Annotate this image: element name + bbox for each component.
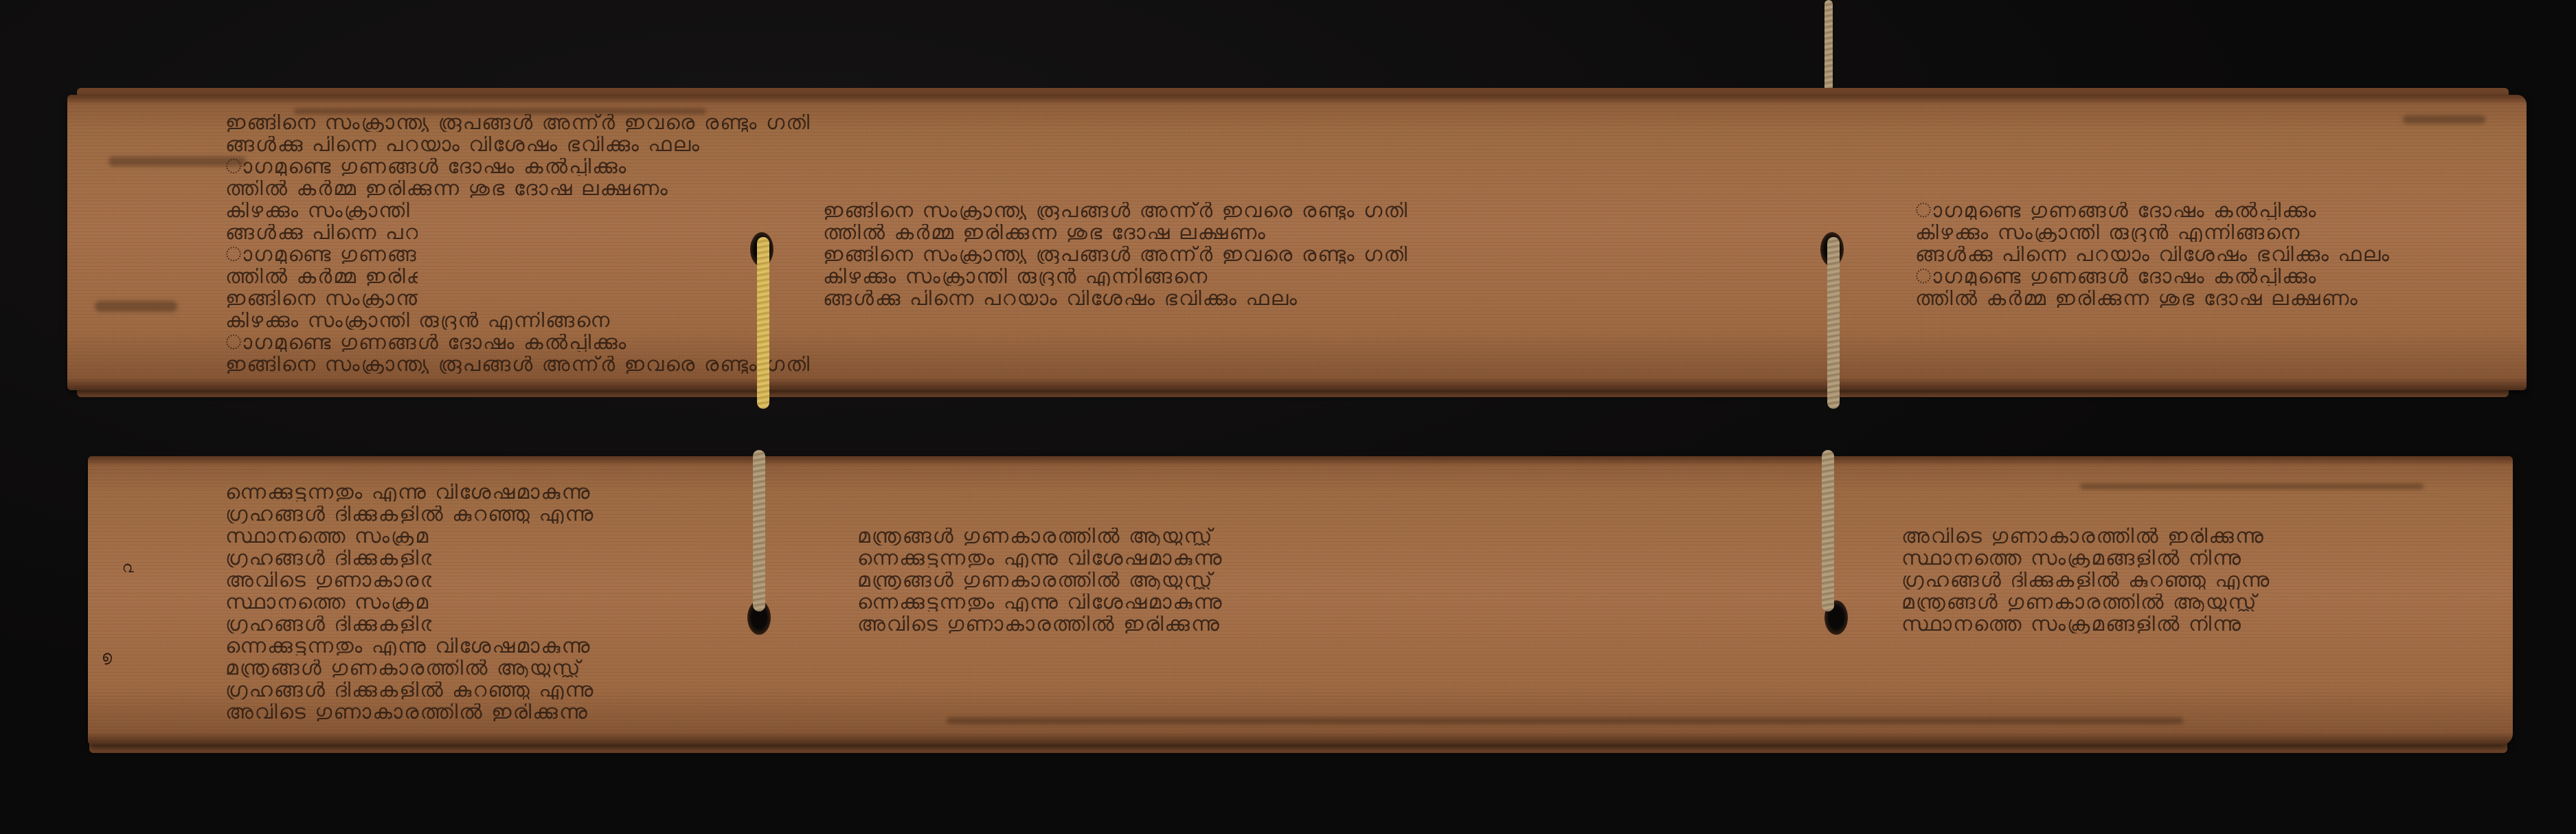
script-line: കിഴക്കും സംക്രാന്തി രുദ്രൻ എന്നിങ്ങനെ [1915, 224, 2410, 242]
script-line: ഇങ്ങിനെ സംക്രാന്ത്യ രൂപങ്ങൾ അന്ന്ർ ഇവരെ … [225, 356, 2410, 374]
cord-lower-right [1822, 450, 1834, 611]
script-line: ഇങ്ങിനെ സംക്രാന്ത്യ രൂപങ്ങൾ അന്ന്ർ ഇവരെ … [823, 246, 1785, 264]
script-line: മന്ത്രങ്ങൾ ഗുണകാരത്തിൽ ആയുസ്സ് [225, 660, 2403, 677]
script-line: ഗ്രഹങ്ങൾ ദിക്കുകളിൽ കുറഞ്ഞു എന്നു [225, 681, 2403, 699]
script-line: ഗ്രഹങ്ങൾ ദിക്കുകളിൽ കുറഞ്ഞു എന്നു [225, 506, 2403, 523]
script-line: സ്ഥാനത്തെ സംക്രമങ്ങളിൽ നിന്നു [225, 594, 431, 611]
script-line: ങ്ങൾക്കു പിന്നെ പറയാം വിശേഷം ഭവിക്കും ഫല… [823, 290, 1785, 308]
folio-mark: ൨ [122, 559, 134, 576]
script-line: ങ്ങൾക്കു പിന്നെ പറയാം വിശേഷം ഭവിക്കും ഫല… [225, 136, 2410, 154]
hanging-cord [1824, 0, 1833, 96]
script-line: ഗ്രഹങ്ങൾ ദിക്കുകളിൽ കുറഞ്ഞു എന്നു [1901, 572, 2403, 589]
script-line: ന്നെക്കുട്ടുന്നതും എന്നു വിശേഷമാകുന്നു [857, 594, 1819, 611]
script-line: ത്തിൽ കർമ്മ ഇരിക്കുന്ന ശുഭ ദോഷ ലക്ഷണം [225, 180, 2410, 198]
script-line: കിഴക്കും സംക്രാന്തി രുദ്രൻ എന്നിങ്ങനെ [225, 312, 2410, 330]
stain [95, 301, 177, 312]
script-line: സ്ഥാനത്തെ സംക്രമങ്ങളിൽ നിന്നു [225, 528, 431, 545]
script-line: ങ്ങൾക്കു പിന്നെ പറയാം വിശേഷം ഭവിക്കും ഫല… [225, 224, 418, 242]
script-line: മന്ത്രങ്ങൾ ഗുണകാരത്തിൽ ആയുസ്സ് [1901, 594, 2403, 611]
stain [294, 109, 706, 114]
script-line: അവിടെ ഗുണാകാരത്തിൽ ഇരിക്കുന്നു [225, 572, 431, 589]
upper-leaf: ഇങ്ങിനെ സംക്രാന്ത്യ രൂപങ്ങൾ അന്ന്ർ ഇവരെ … [67, 95, 2527, 390]
script-line: ത്തിൽ കർമ്മ ഇരിക്കുന്ന ശുഭ ദോഷ ലക്ഷണം [225, 268, 418, 286]
cord-upper-left [757, 237, 769, 409]
script-line: മന്ത്രങ്ങൾ ഗുണകാരത്തിൽ ആയുസ്സ് [857, 572, 1819, 589]
script-line: അവിടെ ഗുണാകാരത്തിൽ ഇരിക്കുന്നു [857, 616, 1819, 633]
folio-mark: ൭ [102, 649, 112, 666]
script-line: ഗ്രഹങ്ങൾ ദിക്കുകളിൽ കുറഞ്ഞു എന്നു [225, 616, 431, 633]
script-line: ാഗമുണ്ടെ ഗുണങ്ങൾ ദോഷം കൽപ്പിക്കും [1915, 202, 2410, 220]
script-line: ഇങ്ങിനെ സംക്രാന്ത്യ രൂപങ്ങൾ അന്ന്ർ ഇവരെ … [225, 290, 418, 308]
script-line: ന്നെക്കുട്ടുന്നതും എന്നു വിശേഷമാകുന്നു [225, 638, 2403, 655]
script-line: ഇങ്ങിനെ സംക്രാന്ത്യ രൂപങ്ങൾ അന്ന്ർ ഇവരെ … [225, 114, 2410, 132]
lower-leaf: ൨ ൭ ന്നെക്കുട്ടുന്നതും എന്നു വിശേഷമാകുന്… [88, 456, 2513, 745]
script-line: ന്നെക്കുട്ടുന്നതും എന്നു വിശേഷമാകുന്നു [857, 550, 1819, 567]
script-line: സ്ഥാനത്തെ സംക്രമങ്ങളിൽ നിന്നു [1901, 616, 2403, 633]
script-line: ാഗമുണ്ടെ ഗുണങ്ങൾ ദോഷം കൽപ്പിക്കും [225, 158, 2410, 176]
script-line: സ്ഥാനത്തെ സംക്രമങ്ങളിൽ നിന്നു [1901, 550, 2403, 567]
script-line: ാഗമുണ്ടെ ഗുണങ്ങൾ ദോഷം കൽപ്പിക്കും [1915, 268, 2410, 286]
script-line: ങ്ങൾക്കു പിന്നെ പറയാം വിശേഷം ഭവിക്കും ഫല… [1915, 246, 2410, 264]
script-line: ഗ്രഹങ്ങൾ ദിക്കുകളിൽ കുറഞ്ഞു എന്നു [225, 550, 431, 567]
script-line: അവിടെ ഗുണാകാരത്തിൽ ഇരിക്കുന്നു [1901, 528, 2403, 545]
stain [2403, 115, 2485, 124]
cord-lower-left [753, 450, 765, 611]
cord-upper-right [1827, 237, 1840, 409]
script-line: ത്തിൽ കർമ്മ ഇരിക്കുന്ന ശുഭ ദോഷ ലക്ഷണം [1915, 290, 2410, 308]
script-line: അവിടെ ഗുണാകാരത്തിൽ ഇരിക്കുന്നു [225, 703, 2403, 721]
script-line: ത്തിൽ കർമ്മ ഇരിക്കുന്ന ശുഭ ദോഷ ലക്ഷണം [823, 224, 1785, 242]
script-line: ാഗമുണ്ടെ ഗുണങ്ങൾ ദോഷം കൽപ്പിക്കും [225, 246, 418, 264]
script-line: ഇങ്ങിനെ സംക്രാന്ത്യ രൂപങ്ങൾ അന്ന്ർ ഇവരെ … [823, 202, 1785, 220]
script-line: കിഴക്കും സംക്രാന്തി രുദ്രൻ എന്നിങ്ങനെ [823, 268, 1785, 286]
script-line: ാഗമുണ്ടെ ഗുണങ്ങൾ ദോഷം കൽപ്പിക്കും [225, 334, 2410, 352]
script-line: മന്ത്രങ്ങൾ ഗുണകാരത്തിൽ ആയുസ്സ് [857, 528, 1819, 545]
script-line: ന്നെക്കുട്ടുന്നതും എന്നു വിശേഷമാകുന്നു [225, 484, 2403, 501]
script-line: കിഴക്കും സംക്രാന്തി രുദ്രൻ എന്നിങ്ങനെ [225, 202, 418, 220]
